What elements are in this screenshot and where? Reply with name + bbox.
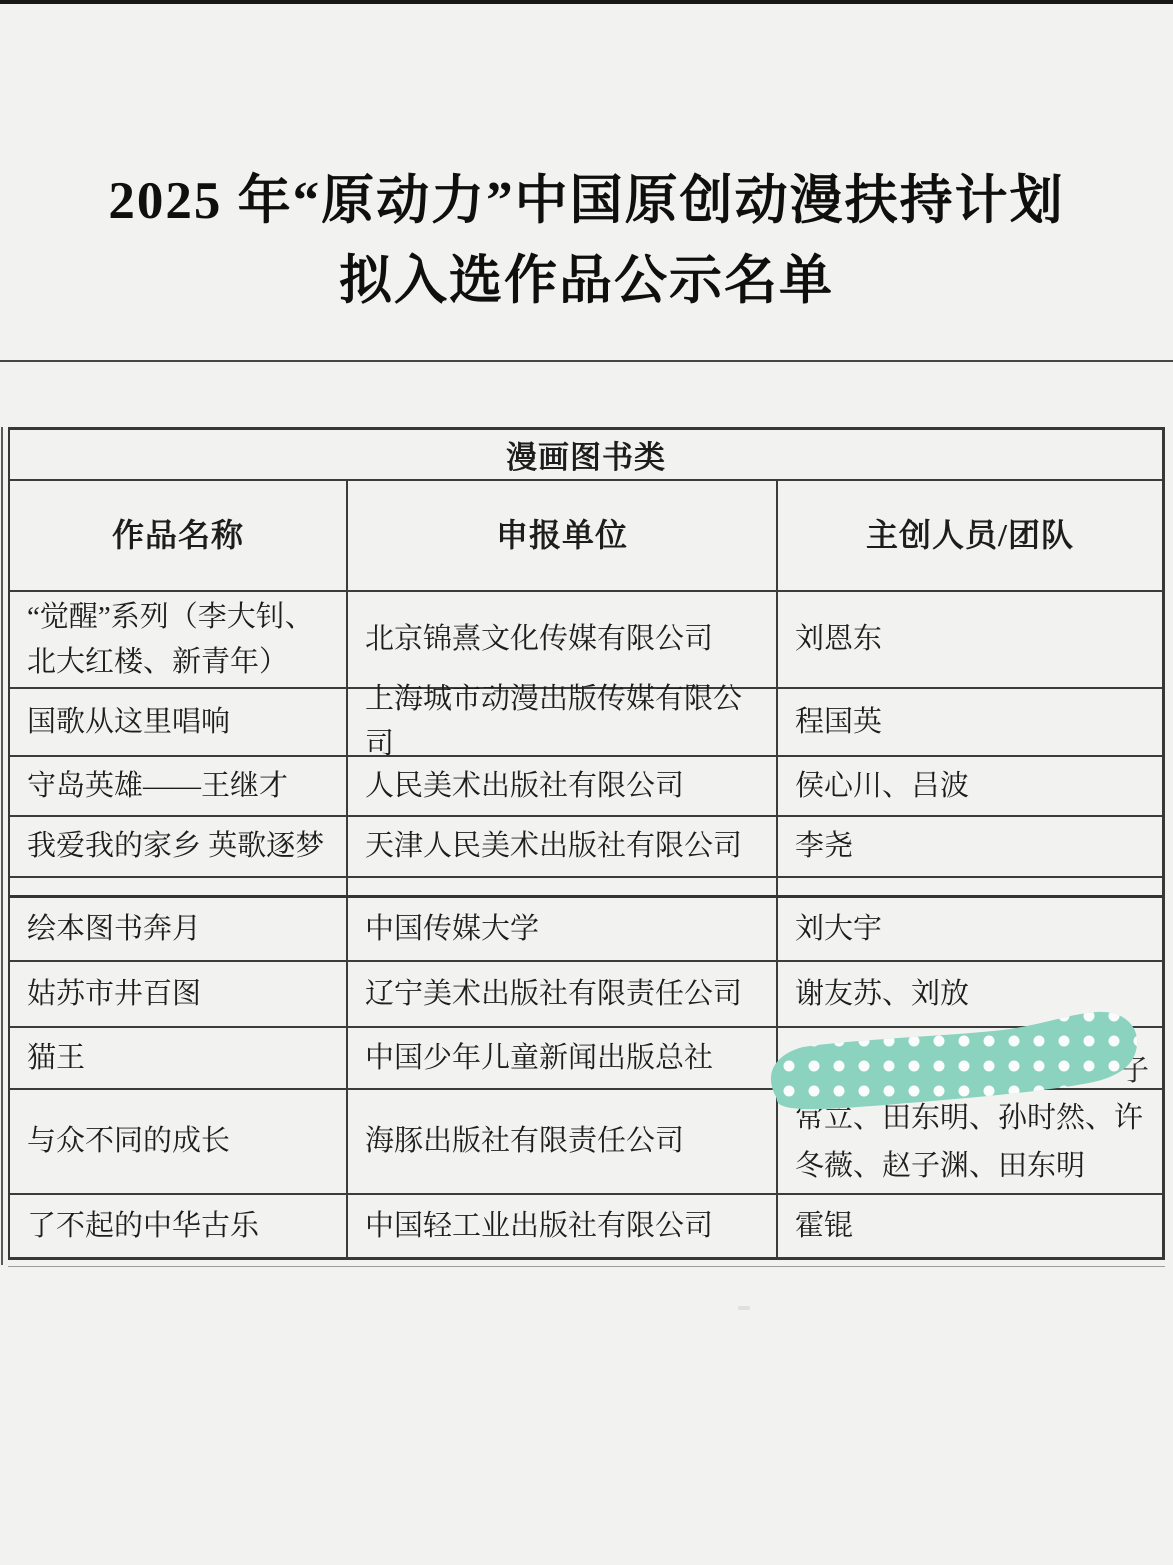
table-row: 绘本图书奔月 中国传媒大学 刘大宇 <box>10 898 1162 962</box>
table-header-row: 作品名称 申报单位 主创人员/团队 <box>10 481 1162 592</box>
document-page: 2025 年“原动力”中国原创动漫扶持计划 拟入选作品公示名单 漫画图书类 作品… <box>0 0 1173 1565</box>
org-cell: 中国少年儿童新闻出版总社 <box>348 1028 778 1088</box>
work-title-cell: “觉醒”系列（李大钊、北大红楼、新青年） <box>10 592 348 687</box>
creators: 刘恩东 <box>795 617 882 662</box>
work-title-cell: 了不起的中华古乐 <box>10 1195 348 1257</box>
org: 北京锦熹文化传媒有限公司 <box>365 617 713 662</box>
creators: 霍锟 <box>795 1204 853 1249</box>
org: 中国轻工业出版社有限公司 <box>365 1204 713 1249</box>
work-title-cell: 绘本图书奔月 <box>10 898 348 960</box>
page-title-line2: 拟入选作品公示名单 <box>0 250 1173 312</box>
column-header-creators: 主创人员/团队 <box>778 481 1162 590</box>
work-title: 姑苏市井百图 <box>27 972 201 1017</box>
org-cell: 海豚出版社有限责任公司 <box>348 1090 778 1193</box>
table-row: 了不起的中华古乐 中国轻工业出版社有限公司 霍锟 <box>10 1195 1162 1257</box>
work-title-cell: 与众不同的成长 <box>10 1090 348 1193</box>
artifact-smudge <box>738 1306 750 1310</box>
work-title-cell: 国歌从这里唱响 <box>10 689 348 755</box>
work-title: 守岛英雄——王继才 <box>27 764 288 809</box>
org-cell: 人民美术出版社有限公司 <box>348 757 778 815</box>
work-title: 与众不同的成长 <box>27 1119 230 1164</box>
works-table: 漫画图书类 作品名称 申报单位 主创人员/团队 “觉醒”系列（李大钊、北大红楼、… <box>8 427 1165 1260</box>
page-title-line1: 2025 年“原动力”中国原创动漫扶持计划 <box>0 170 1173 232</box>
table-spacer-row <box>10 878 1162 898</box>
redaction-scribble <box>753 1003 1153 1118</box>
creators: 李尧 <box>795 824 853 869</box>
creators-cell: 刘大宇 <box>778 898 1162 960</box>
work-title-cell: 姑苏市井百图 <box>10 962 348 1026</box>
org: 中国传媒大学 <box>365 907 539 952</box>
work-title: 猫王 <box>27 1036 85 1081</box>
creators-cell: 李尧 <box>778 817 1162 876</box>
org-cell: 天津人民美术出版社有限公司 <box>348 817 778 876</box>
org: 天津人民美术出版社有限公司 <box>365 824 742 869</box>
creators-cell: 侯心川、吕波 <box>778 757 1162 815</box>
table-row: 我爱我的家乡 英歌逐梦 天津人民美术出版社有限公司 李尧 <box>10 817 1162 878</box>
divider-line-thin <box>0 360 1173 362</box>
work-title-cell: 守岛英雄——王继才 <box>10 757 348 815</box>
table-outer-left-line <box>1 427 3 1265</box>
org-cell: 北京锦熹文化传媒有限公司 <box>348 592 778 687</box>
empty-cell <box>778 878 1162 895</box>
work-title-cell: 我爱我的家乡 英歌逐梦 <box>10 817 348 876</box>
org: 上海城市动漫出版传媒有限公司 <box>365 677 770 767</box>
column-header-org: 申报单位 <box>348 481 778 590</box>
org: 辽宁美术出版社有限责任公司 <box>365 972 742 1017</box>
org-cell: 辽宁美术出版社有限责任公司 <box>348 962 778 1026</box>
work-title-cell: 猫王 <box>10 1028 348 1088</box>
org-cell: 中国轻工业出版社有限公司 <box>348 1195 778 1257</box>
org-cell: 上海城市动漫出版传媒有限公司 <box>348 689 778 755</box>
creators: 程国英 <box>795 700 882 745</box>
table-row: 守岛英雄——王继才 人民美术出版社有限公司 侯心川、吕波 <box>10 757 1162 817</box>
page-top-edge <box>0 0 1173 4</box>
empty-cell <box>10 878 348 895</box>
work-title: 国歌从这里唱响 <box>27 700 230 745</box>
table-row: “觉醒”系列（李大钊、北大红楼、新青年） 北京锦熹文化传媒有限公司 刘恩东 <box>10 592 1162 689</box>
empty-cell <box>348 878 778 895</box>
column-header-work-title: 作品名称 <box>10 481 348 590</box>
creators-cell: 刘恩东 <box>778 592 1162 687</box>
creators-cell: 霍锟 <box>778 1195 1162 1257</box>
org: 人民美术出版社有限公司 <box>365 764 684 809</box>
section-title: 漫画图书类 <box>10 430 1162 481</box>
creators-cell: 程国英 <box>778 689 1162 755</box>
table-row: 国歌从这里唱响 上海城市动漫出版传媒有限公司 程国英 <box>10 689 1162 757</box>
org: 中国少年儿童新闻出版总社 <box>365 1036 713 1081</box>
creators: 侯心川、吕波 <box>795 764 969 809</box>
org-cell: 中国传媒大学 <box>348 898 778 960</box>
creators: 刘大宇 <box>795 907 882 952</box>
work-title: 绘本图书奔月 <box>27 907 201 952</box>
table-bottom-echo-line <box>8 1266 1165 1267</box>
work-title: 了不起的中华古乐 <box>27 1204 259 1249</box>
org: 海豚出版社有限责任公司 <box>365 1119 684 1164</box>
redaction-dots <box>771 1012 1137 1109</box>
work-title: 我爱我的家乡 英歌逐梦 <box>27 824 324 869</box>
work-title: “觉醒”系列（李大钊、北大红楼、新青年） <box>27 595 340 685</box>
